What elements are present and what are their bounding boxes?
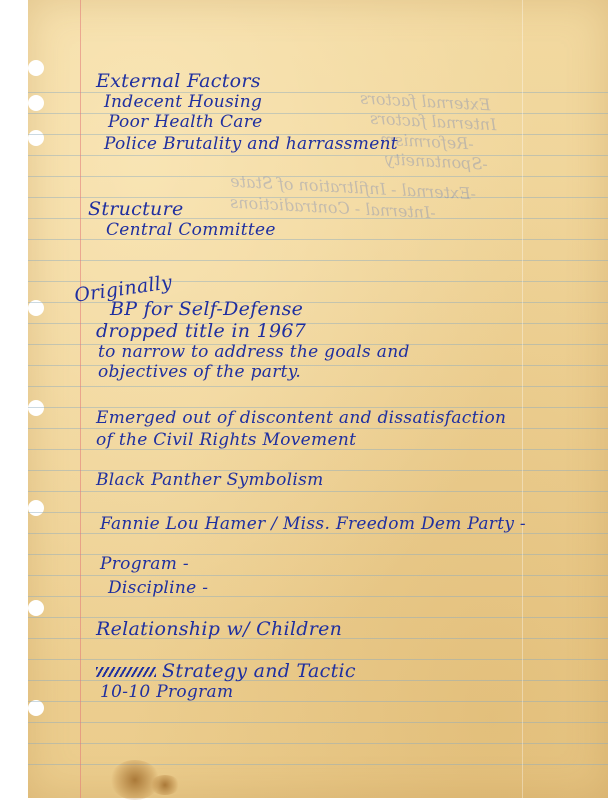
paper-fold xyxy=(522,0,523,798)
note-to-narrow: to narrow to address the goals and xyxy=(98,342,410,362)
note-fannie-lou-hamer: Fannie Lou Hamer / Miss. Freedom Dem Par… xyxy=(100,514,526,534)
note-symbolism: Black Panther Symbolism xyxy=(96,470,324,490)
spiral-hole xyxy=(28,500,44,516)
note-discipline: Discipline - xyxy=(108,578,208,598)
note-for-self-defense: BP for Self-Defense xyxy=(110,298,303,320)
spiral-hole xyxy=(28,400,44,416)
spiral-hole xyxy=(28,60,44,76)
note-relationship: Relationship w/ Children xyxy=(96,618,342,640)
note-strategy: Strategy and Tactic xyxy=(162,660,356,682)
note-emerged: Emerged out of discontent and dissatisfa… xyxy=(96,408,506,428)
note-indecent-housing: Indecent Housing xyxy=(104,92,262,112)
water-stain xyxy=(150,775,180,795)
note-poor-health-care: Poor Health Care xyxy=(108,112,263,132)
spiral-hole xyxy=(28,130,44,146)
spiral-hole xyxy=(28,600,44,616)
spiral-hole xyxy=(28,700,44,716)
note-external-factors: External Factors xyxy=(96,70,261,92)
note-central-committee: Central Committee xyxy=(106,220,276,240)
crossed-out-word xyxy=(96,667,156,677)
note-objectives: objectives of the party. xyxy=(98,362,301,382)
note-police-brutality: Police Brutality and harrassment xyxy=(104,134,398,154)
note-dropped-title: dropped title in 1967 xyxy=(96,320,306,342)
note-civil-rights: of the Civil Rights Movement xyxy=(96,430,356,450)
note-strategy-line: Strategy and Tactic xyxy=(96,660,356,682)
margin-line xyxy=(80,0,81,798)
note-program: Program - xyxy=(100,554,189,574)
note-ten-ten-program: 10-10 Program xyxy=(100,682,233,702)
note-structure: Structure xyxy=(88,198,184,220)
spiral-hole xyxy=(28,95,44,111)
